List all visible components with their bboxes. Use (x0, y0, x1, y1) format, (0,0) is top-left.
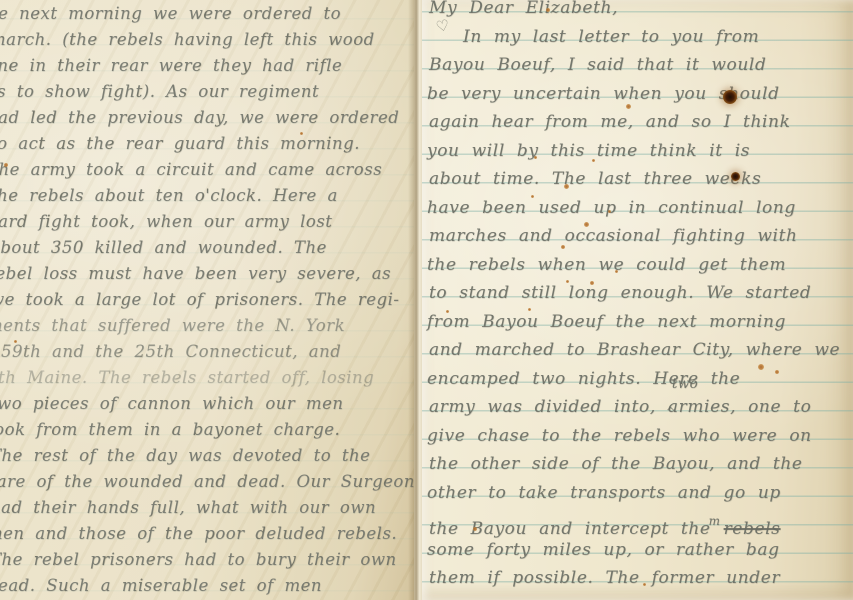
letter-line: the rebels about ten o'clock. Here a (0, 183, 414, 209)
letter-line: about 350 killed and wounded. The (0, 235, 414, 261)
letter-line: care of the wounded and dead. Our Surgeo… (0, 469, 414, 495)
right-page: ♡ My Dear Elizabeth, In my last letter t… (422, 0, 853, 600)
letter-line: some forty miles up, or rather bag (427, 536, 853, 565)
letter-line: we took a large lot of prisoners. The re… (0, 287, 414, 313)
letter-line: and marched to Brashear City, where we (429, 336, 853, 365)
scanned-letter: he next morning we were ordered to march… (0, 0, 853, 600)
superscript-correction: m (709, 514, 721, 528)
letter-line: ts to show fight). As our regiment (0, 79, 414, 105)
letter-scan-viewport: { "letter": { "left_page": { "lines": [ … (0, 0, 853, 600)
letter-line: again hear from me, and so I think (429, 108, 853, 137)
letter-line: men and those of the poor deluded rebels… (0, 521, 414, 547)
letter-line: have been used up in continual long (427, 194, 853, 223)
letter-line: two pieces of cannon which our men (0, 391, 414, 417)
letter-line: encamped two nights. Here the (427, 365, 853, 394)
letter-line: other to take transports and go up (427, 479, 853, 508)
letter-line: marches and occasional fighting with (429, 222, 853, 251)
letter-line: ments that suffered were the N. York (0, 313, 414, 339)
letter-line: took from them in a bayonet charge. (0, 417, 414, 443)
letter-line: Bayou Boeuf, I said that it would (429, 51, 853, 80)
letter-line: from Bayou Boeuf the next morning (427, 308, 853, 337)
salutation: My Dear Elizabeth, (429, 0, 853, 23)
letter-line: had led the previous day, we were ordere… (0, 105, 414, 131)
letter-line: The army took a circuit and came across (0, 157, 414, 183)
line-text: armies, one to (668, 397, 812, 417)
letter-line: you will by this time think it is (427, 137, 853, 166)
letter-line: the other side of the Bayou, and the (429, 450, 853, 479)
struck-word: rebels (724, 519, 781, 539)
letter-line: rebel loss must have been very severe, a… (0, 261, 414, 287)
left-page-text: he next morning we were ordered to march… (0, 0, 414, 599)
letter-line-with-insertion: army was divided into, two ^ armies, one… (429, 393, 853, 422)
letter-line: give chase to the rebels who were on (427, 422, 853, 451)
letter-line: to act as the rear guard this morning. (0, 131, 414, 157)
letter-line: had their hands full, what with our own (0, 495, 414, 521)
letter-line: the rebels when we could get them (427, 251, 853, 280)
letter-line: dead. Such a miserable set of men (0, 573, 414, 599)
letter-line: march. (the rebels having left this wood (0, 27, 414, 53)
letter-line: 159th and the 25th Connecticut, and (0, 339, 414, 365)
letter-line: The rebel prisoners had to bury their ow… (0, 547, 414, 573)
insertion-point: two ^ armies, one to (668, 393, 812, 422)
left-page: he next morning we were ordered to march… (0, 0, 414, 600)
letter-line: In my last letter to you from (427, 23, 853, 52)
letter-line: be very uncertain when you should (427, 80, 853, 109)
letter-line: hard fight took, when our army lost (0, 209, 414, 235)
letter-line: about time. The last three weeks (429, 165, 853, 194)
line-text: army was divided into, (429, 397, 656, 417)
letter-line: he next morning we were ordered to (0, 1, 414, 27)
letter-line: them if possible. The former under (429, 564, 853, 593)
letter-line-with-strikeout: the Bayou and intercept themrebels (429, 507, 853, 536)
line-text: the Bayou and intercept the (429, 519, 711, 539)
letter-line: The rest of the day was devoted to the (0, 443, 414, 469)
letter-line: one in their rear were they had rifle (0, 53, 414, 79)
letter-line: 6th Maine. The rebels started off, losin… (0, 365, 414, 391)
right-page-text: My Dear Elizabeth, In my last letter to … (422, 0, 853, 593)
inserted-word: two (672, 378, 698, 391)
caret-mark: ^ (666, 407, 676, 417)
letter-line: to stand still long enough. We started (429, 279, 853, 308)
